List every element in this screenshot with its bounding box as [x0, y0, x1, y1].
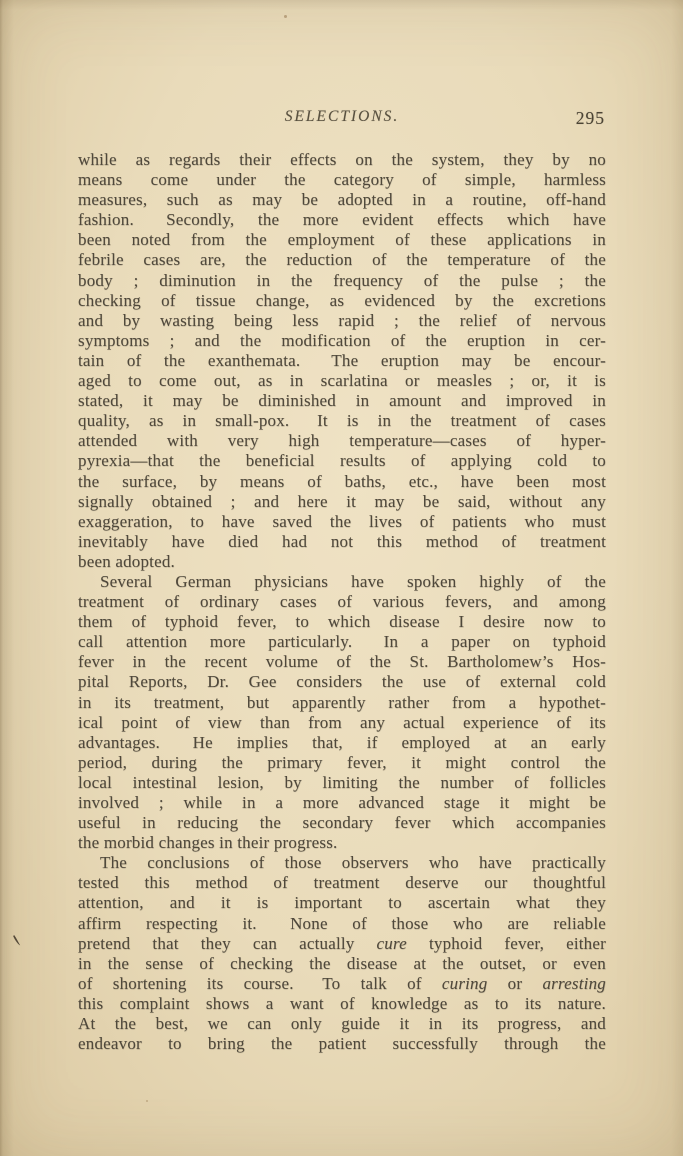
- text-line: the morbid changes in their progress.: [78, 833, 606, 853]
- text-line: checking of tissue change, as evidenced …: [78, 291, 606, 311]
- text-line: pretend that they can actually cure typh…: [78, 934, 606, 954]
- text-line: ical point of view than from any actual …: [78, 713, 606, 733]
- text-line: inevitably have died had not this method…: [78, 532, 606, 552]
- text-line: attended with very high temperature—case…: [78, 431, 606, 451]
- text-line: At the best, we can only guide it in its…: [78, 1014, 606, 1034]
- page-number: 295: [576, 108, 605, 129]
- text-line: stated, it may be diminished in amount a…: [78, 391, 606, 411]
- text-line: and by wasting being less rapid ; the re…: [78, 311, 606, 331]
- text-line: tain of the exanthemata. The eruption ma…: [78, 351, 606, 371]
- book-page: SELECTIONS. 295 while as regards their e…: [0, 0, 683, 1156]
- text-line: endeavor to bring the patient successful…: [78, 1034, 606, 1054]
- text-line: attention, and it is important to ascert…: [78, 893, 606, 913]
- text-line: been noted from the employment of these …: [78, 230, 606, 250]
- page-body: while as regards their effects on the sy…: [78, 150, 606, 1054]
- text-line: The conclusions of those observers who h…: [78, 853, 606, 873]
- text-line: means come under the category of simple,…: [78, 170, 606, 190]
- text-line: pyrexia—that the beneficial results of a…: [78, 451, 606, 471]
- text-line: affirm respecting it. None of those who …: [78, 914, 606, 934]
- paper-speck: [284, 15, 287, 18]
- text-line: this complaint shows a want of knowledge…: [78, 994, 606, 1014]
- paragraph: Several German physicians have spoken hi…: [78, 572, 606, 853]
- paper-speck: [146, 1100, 148, 1102]
- text-line: quality, as in small-pox. It is in the t…: [78, 411, 606, 431]
- page-header: SELECTIONS. 295: [78, 108, 606, 132]
- text-line: in the sense of checking the disease at …: [78, 954, 606, 974]
- paragraph: while as regards their effects on the sy…: [78, 150, 606, 572]
- text-line: local intestinal lesion, by limiting the…: [78, 773, 606, 793]
- text-line: fever in the recent volume of the St. Ba…: [78, 652, 606, 672]
- text-line: signally obtained ; and here it may be s…: [78, 492, 606, 512]
- text-line: call attention more particularly. In a p…: [78, 632, 606, 652]
- text-line: useful in reducing the secondary fever w…: [78, 813, 606, 833]
- text-line: Several German physicians have spoken hi…: [78, 572, 606, 592]
- text-line: febrile cases are, the reduction of the …: [78, 250, 606, 270]
- text-line: measures, such as may be adopted in a ro…: [78, 190, 606, 210]
- text-line: in its treatment, but apparently rather …: [78, 693, 606, 713]
- text-line: period, during the primary fever, it mig…: [78, 753, 606, 773]
- text-line: while as regards their effects on the sy…: [78, 150, 606, 170]
- text-line: been adopted.: [78, 552, 606, 572]
- text-line: involved ; while in a more advanced stag…: [78, 793, 606, 813]
- text-line: exaggeration, to have saved the lives of…: [78, 512, 606, 532]
- text-line: body ; diminution in the frequency of th…: [78, 271, 606, 291]
- text-line: treatment of ordinary cases of various f…: [78, 592, 606, 612]
- text-line: them of typhoid fever, to which disease …: [78, 612, 606, 632]
- running-title: SELECTIONS.: [78, 108, 606, 126]
- text-line: of shortening its course. To talk of cur…: [78, 974, 606, 994]
- text-line: aged to come out, as in scarlatina or me…: [78, 371, 606, 391]
- text-line: advantages. He implies that, if employed…: [78, 733, 606, 753]
- text-line: tested this method of treatment deserve …: [78, 873, 606, 893]
- text-line: fashion. Secondly, the more evident effe…: [78, 210, 606, 230]
- text-line: pital Reports, Dr. Gee considers the use…: [78, 672, 606, 692]
- text-line: symptoms ; and the modification of the e…: [78, 331, 606, 351]
- text-line: the surface, by means of baths, etc., ha…: [78, 472, 606, 492]
- paragraph: The conclusions of those observers who h…: [78, 853, 606, 1054]
- ink-speck-mark: [12, 934, 22, 947]
